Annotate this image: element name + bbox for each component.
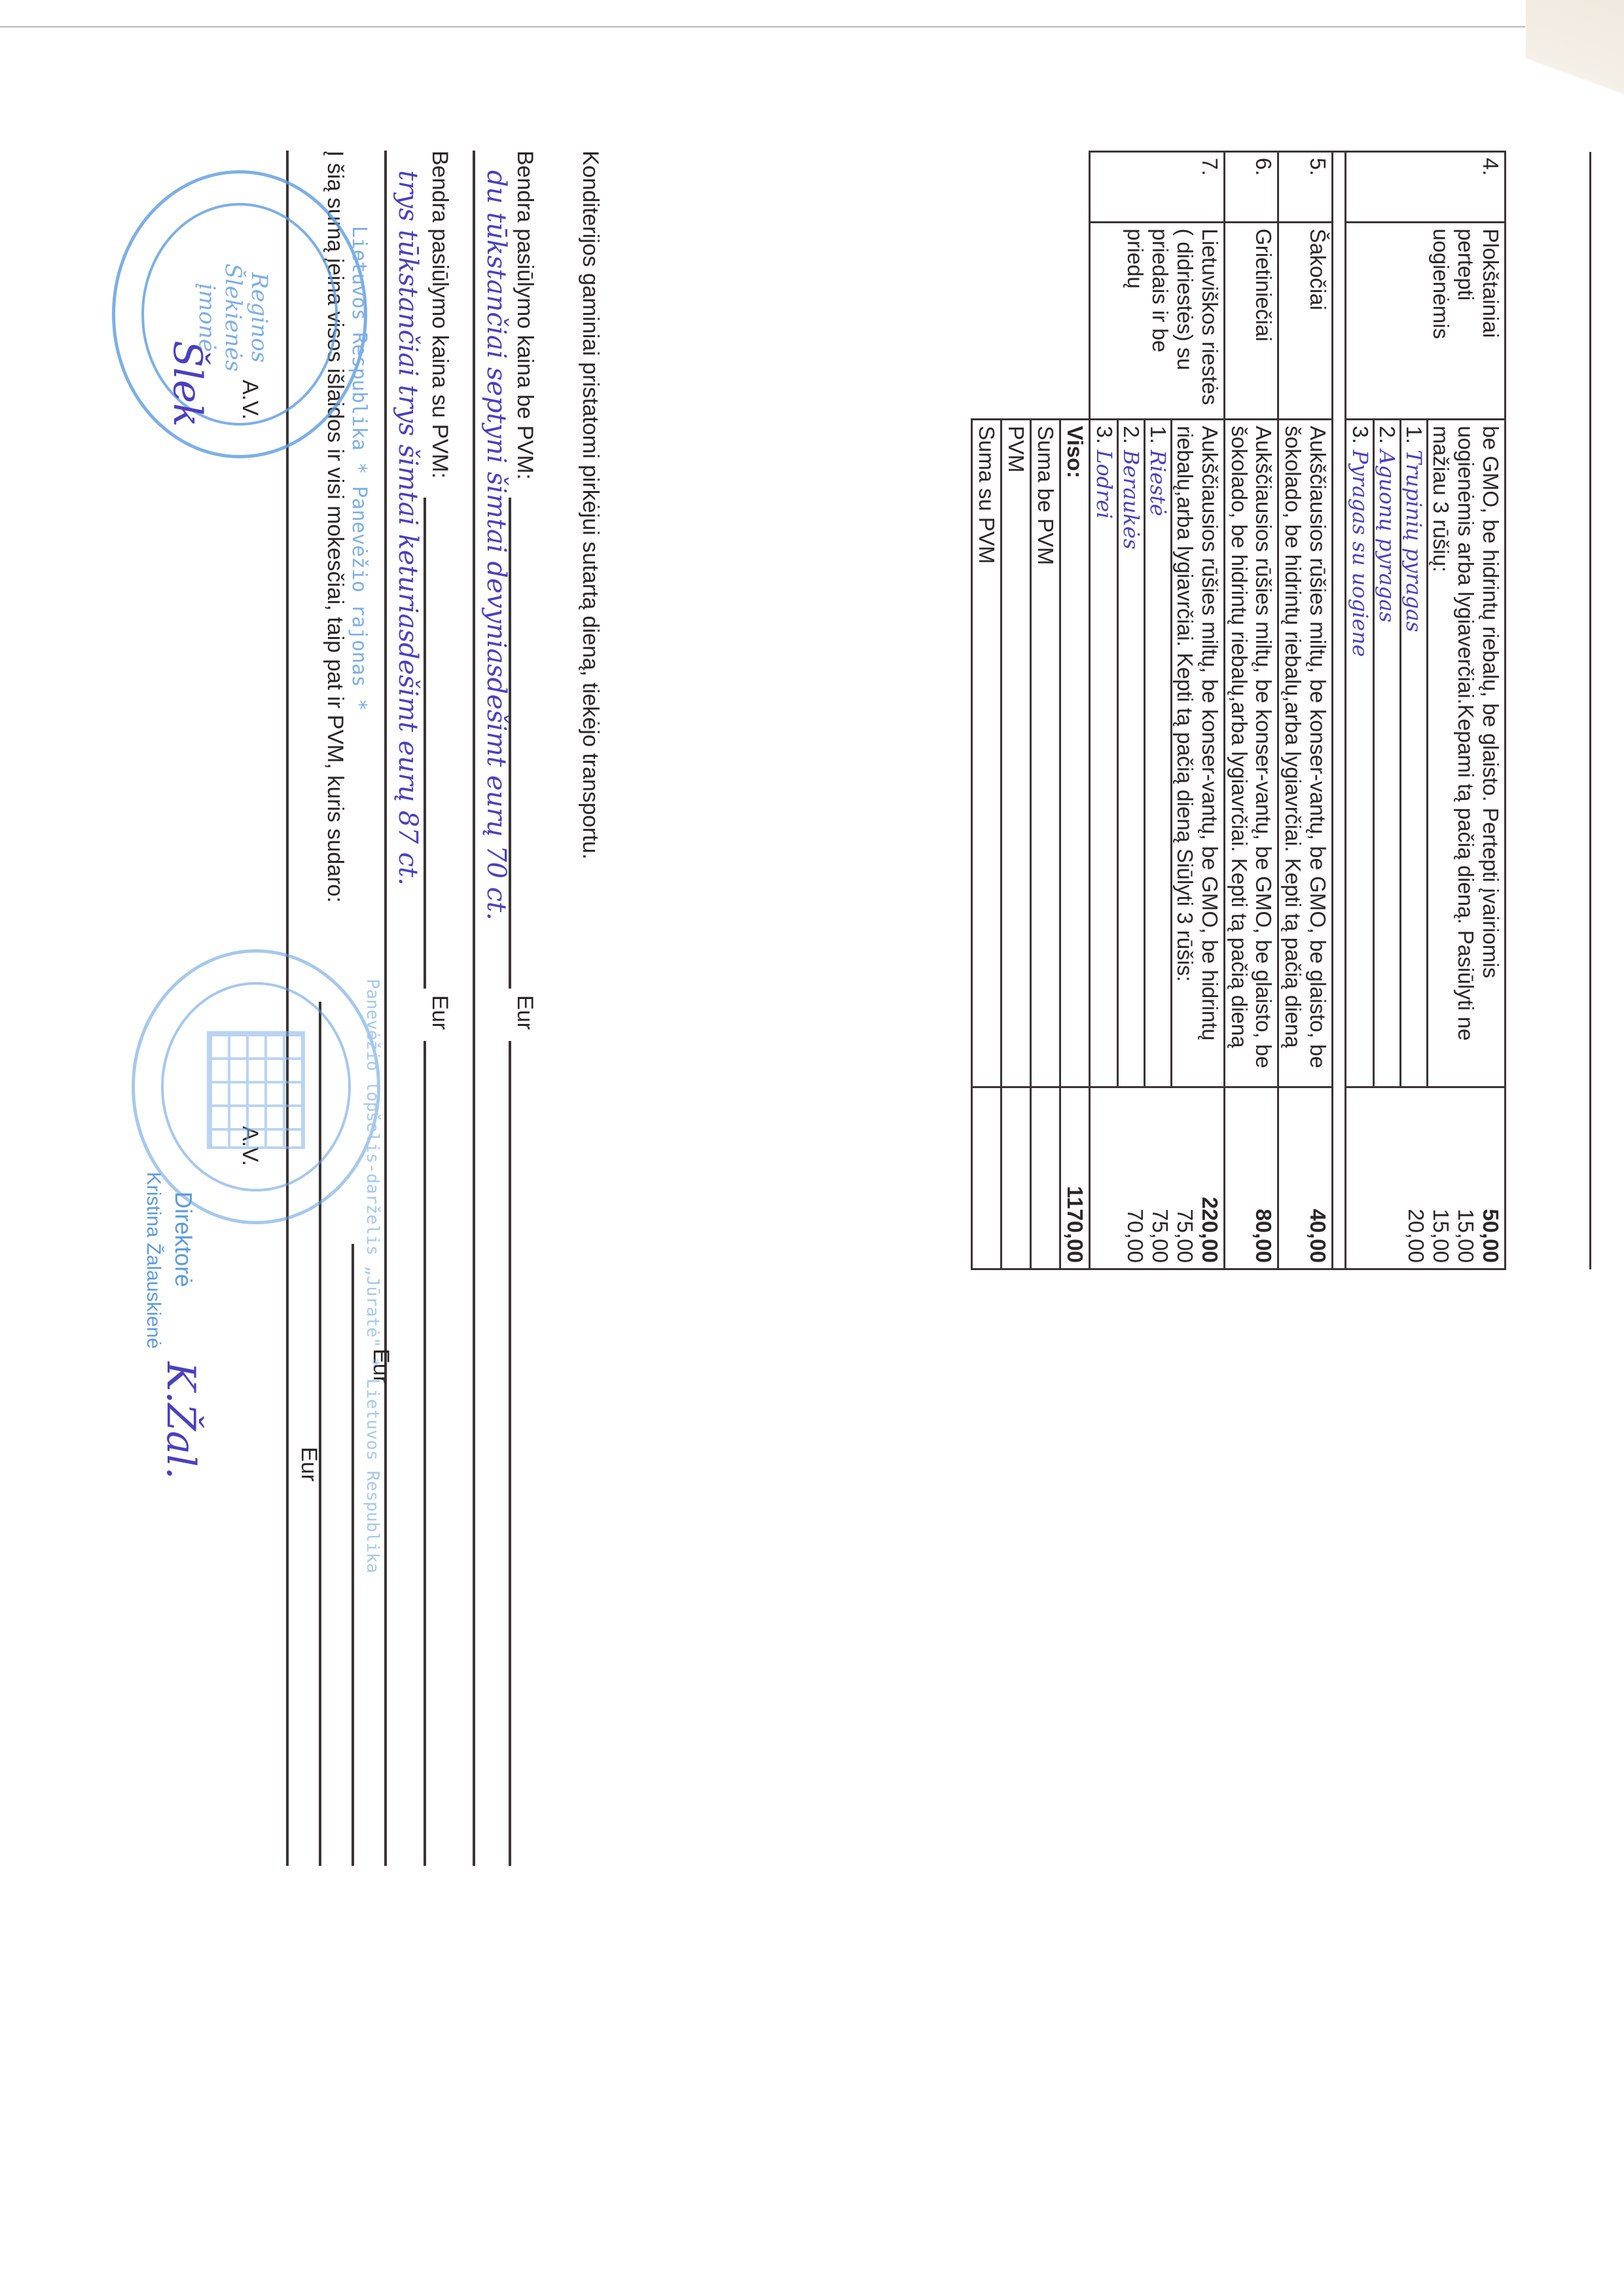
variant-price: 20,00 (1403, 1093, 1428, 1263)
handwritten-variant: Lodrei (1092, 450, 1117, 519)
variant-price: 70,00 (1123, 1093, 1147, 1263)
director-title: Direktorė (170, 1192, 197, 1287)
price-without-vat-label: Bendra pasiūlymo kaina be PVM: (512, 151, 537, 480)
product-name: Grietiniečiai (1224, 223, 1278, 420)
product-description: Aukščiausios rūšies miltų, be konser-van… (1224, 420, 1278, 1087)
buyer-signature: K.Žal. (158, 1362, 204, 1480)
currency-label: Eur (296, 1447, 321, 1482)
variant-row: 2. Beraukės (1119, 420, 1146, 1086)
description-text: be GMO, be hidrintų riebalų, be glaisto.… (1429, 426, 1503, 1040)
tower-emblem-icon (207, 1031, 305, 1149)
blank-line (384, 151, 387, 1866)
total-label: Suma su PVM (972, 420, 1001, 1087)
variant-price: 15,00 (1428, 1093, 1453, 1263)
table-row: 4. Plokštainiai pertepti uogienėmis be G… (1346, 152, 1506, 1269)
total-label: PVM (1001, 420, 1031, 1087)
variant-row: 3. Lodrei (1092, 420, 1119, 1086)
handwritten-variant: Beraukės (1119, 450, 1144, 549)
handwritten-amount-with-vat: trys tūkstančiai trys šimtai keturiasdeš… (393, 170, 423, 1872)
variant-price: 75,00 (1172, 1093, 1197, 1263)
supplier-stamp: Lietuvos Respublika * Panevėžio rajonas … (112, 170, 367, 458)
table-row: 6. Grietiniečiai Aukščiausios rūšies mil… (1224, 152, 1278, 1269)
offer-table: 4. Plokštainiai pertepti uogienėmis be G… (971, 151, 1591, 1270)
total-label: Viso: (1060, 420, 1090, 1087)
totals-row: Suma be PVM (1031, 152, 1060, 1269)
price-cell: 220,00 75,00 75,00 70,00 (1089, 1087, 1224, 1269)
variant-row: 2. Aguonų pyragas (1375, 420, 1401, 1086)
handwritten-variant: Aguonų pyragas (1375, 450, 1399, 623)
blank-line (473, 151, 475, 1866)
variant-row: 3. Pyragas su uogiene (1348, 420, 1375, 1086)
row-price: 50,00 (1478, 1093, 1503, 1263)
totals-row: Suma su PVM (972, 152, 1001, 1269)
variant-price: 75,00 (1147, 1093, 1172, 1263)
product-name: Šakočiai (1278, 223, 1333, 420)
table-top-row (1506, 152, 1591, 1269)
currency-label: Eur (427, 995, 452, 1030)
total-value (1031, 1087, 1060, 1269)
product-description: Aukščiausios rūšies miltų, be konser-van… (1278, 420, 1333, 1087)
handwritten-variant: Pyragas su uogiene (1348, 450, 1373, 657)
total-label: Suma be PVM (1031, 420, 1060, 1087)
price-with-vat-label: Bendra pasiūlymo kaina su PVM: (427, 151, 452, 479)
row-price: 80,00 (1224, 1087, 1278, 1269)
handwritten-variant: Trupinių pyragas (1401, 450, 1426, 632)
rotated-document: 4. Plokštainiai pertepti uogienėmis be G… (53, 0, 1624, 2226)
blank-line (424, 498, 426, 989)
row-price: 40,00 (1278, 1087, 1333, 1269)
table-row: 7. Lietuviškos riestės ( didriestės) su … (1089, 152, 1224, 1269)
row-price: 220,00 (1197, 1093, 1222, 1263)
supplier-signature: Šlek (164, 340, 210, 427)
buyer-stamp: Panevėžio lopšelis-darželis „Jūratė" * L… (132, 949, 380, 1224)
handwritten-variant: Riestė (1146, 450, 1170, 516)
total-value (1001, 1087, 1031, 1269)
row-number: 6. (1224, 152, 1278, 223)
row-spacer (1333, 152, 1346, 1269)
variant-row: 1. Trupinių pyragas (1401, 420, 1428, 1086)
row-number: 5. (1278, 152, 1333, 223)
product-description: be GMO, be hidrintų riebalų, be glaisto.… (1346, 420, 1506, 1087)
row-number: 7. (1089, 152, 1224, 223)
total-value (972, 1087, 1001, 1269)
product-name: Lietuviškos riestės ( didriestės) su pri… (1089, 223, 1224, 420)
row-number: 4. (1346, 152, 1506, 223)
stamp-ring-text: Panevėžio lopšelis-darželis „Jūratė" * L… (363, 979, 382, 1573)
product-name: Plokštainiai pertepti uogienėmis (1346, 223, 1506, 420)
variant-row: 1. Riestė (1146, 420, 1172, 1086)
price-cell: 50,00 15,00 15,00 20,00 (1346, 1087, 1506, 1269)
totals-row: Viso: 1170,00 (1060, 152, 1090, 1269)
currency-label: Eur (512, 995, 537, 1030)
director-name: Kristina Žalauskienė (142, 1172, 164, 1349)
blank-line (424, 1041, 426, 1866)
blank-line (352, 1244, 354, 1866)
table-row: 5. Šakočiai Aukščiausios rūšies miltų, b… (1278, 152, 1333, 1269)
totals-row: PVM (1001, 152, 1031, 1269)
total-value: 1170,00 (1060, 1087, 1090, 1269)
product-description: Aukščiausios rūšies miltų, be konser-van… (1089, 420, 1224, 1087)
delivery-note: Konditerijos gaminiai pristatomi pirkėju… (577, 151, 603, 860)
description-text: Aukščiausios rūšies miltų, be konser-van… (1173, 426, 1222, 1040)
stamp-ring-text: Lietuvos Respublika * Panevėžio rajonas … (348, 226, 370, 711)
variant-price: 15,00 (1453, 1093, 1478, 1263)
handwritten-amount-without-vat: du tūkstančiai septyni šimtai devyniasde… (481, 170, 511, 1872)
